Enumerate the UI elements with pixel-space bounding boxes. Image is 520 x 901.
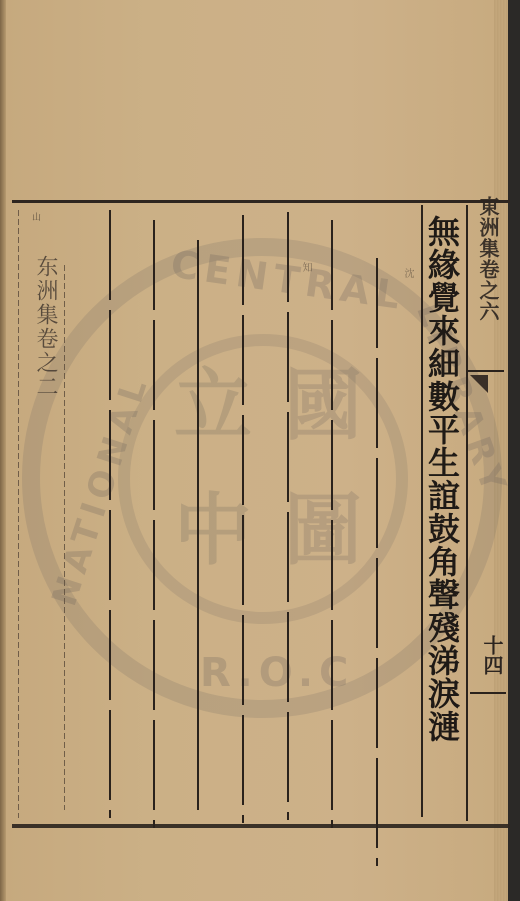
- faint-ink-mark: 沈: [400, 268, 415, 278]
- scan-background-edge: [508, 0, 520, 901]
- corner-mark: 山: [32, 210, 41, 223]
- column-rule: [197, 240, 199, 810]
- column-rule: [109, 210, 111, 818]
- seal-char: 國: [268, 360, 378, 485]
- main-text-column: 無緣覺來細數平生誼鼓角聲殘涕淚漣: [422, 215, 462, 743]
- column-rule: [376, 258, 378, 866]
- seal-char: 立: [158, 360, 268, 485]
- seal-char: 圖: [268, 485, 378, 610]
- left-binding-edge: [0, 0, 6, 901]
- seal-center-characters: 立 國 中 圖: [158, 360, 378, 610]
- page-number: 十四: [478, 635, 507, 675]
- frame-top-border: [12, 200, 510, 203]
- column-rule: [287, 212, 289, 820]
- column-rule: [64, 265, 65, 810]
- frame-bottom-border: [12, 824, 510, 828]
- left-margin-title: 东洲集卷之二: [30, 255, 61, 399]
- faint-ink-mark: 知: [298, 262, 313, 272]
- book-page-scan: CENTRAL NATIONAL LIBRARY R.O.C 立 國 中 圖 無…: [0, 0, 520, 901]
- column-rule: [242, 215, 244, 823]
- page-number-rule: [470, 692, 506, 694]
- column-rule: [153, 220, 155, 828]
- seal-char: 中: [158, 485, 268, 610]
- column-rule: [331, 220, 333, 828]
- column-rule: [18, 210, 19, 818]
- block-heart-title: 東洲集卷之六: [474, 196, 503, 322]
- fish-tail-rule: [468, 370, 504, 372]
- block-heart-rule: [466, 205, 468, 821]
- fish-tail-mark: [470, 375, 488, 393]
